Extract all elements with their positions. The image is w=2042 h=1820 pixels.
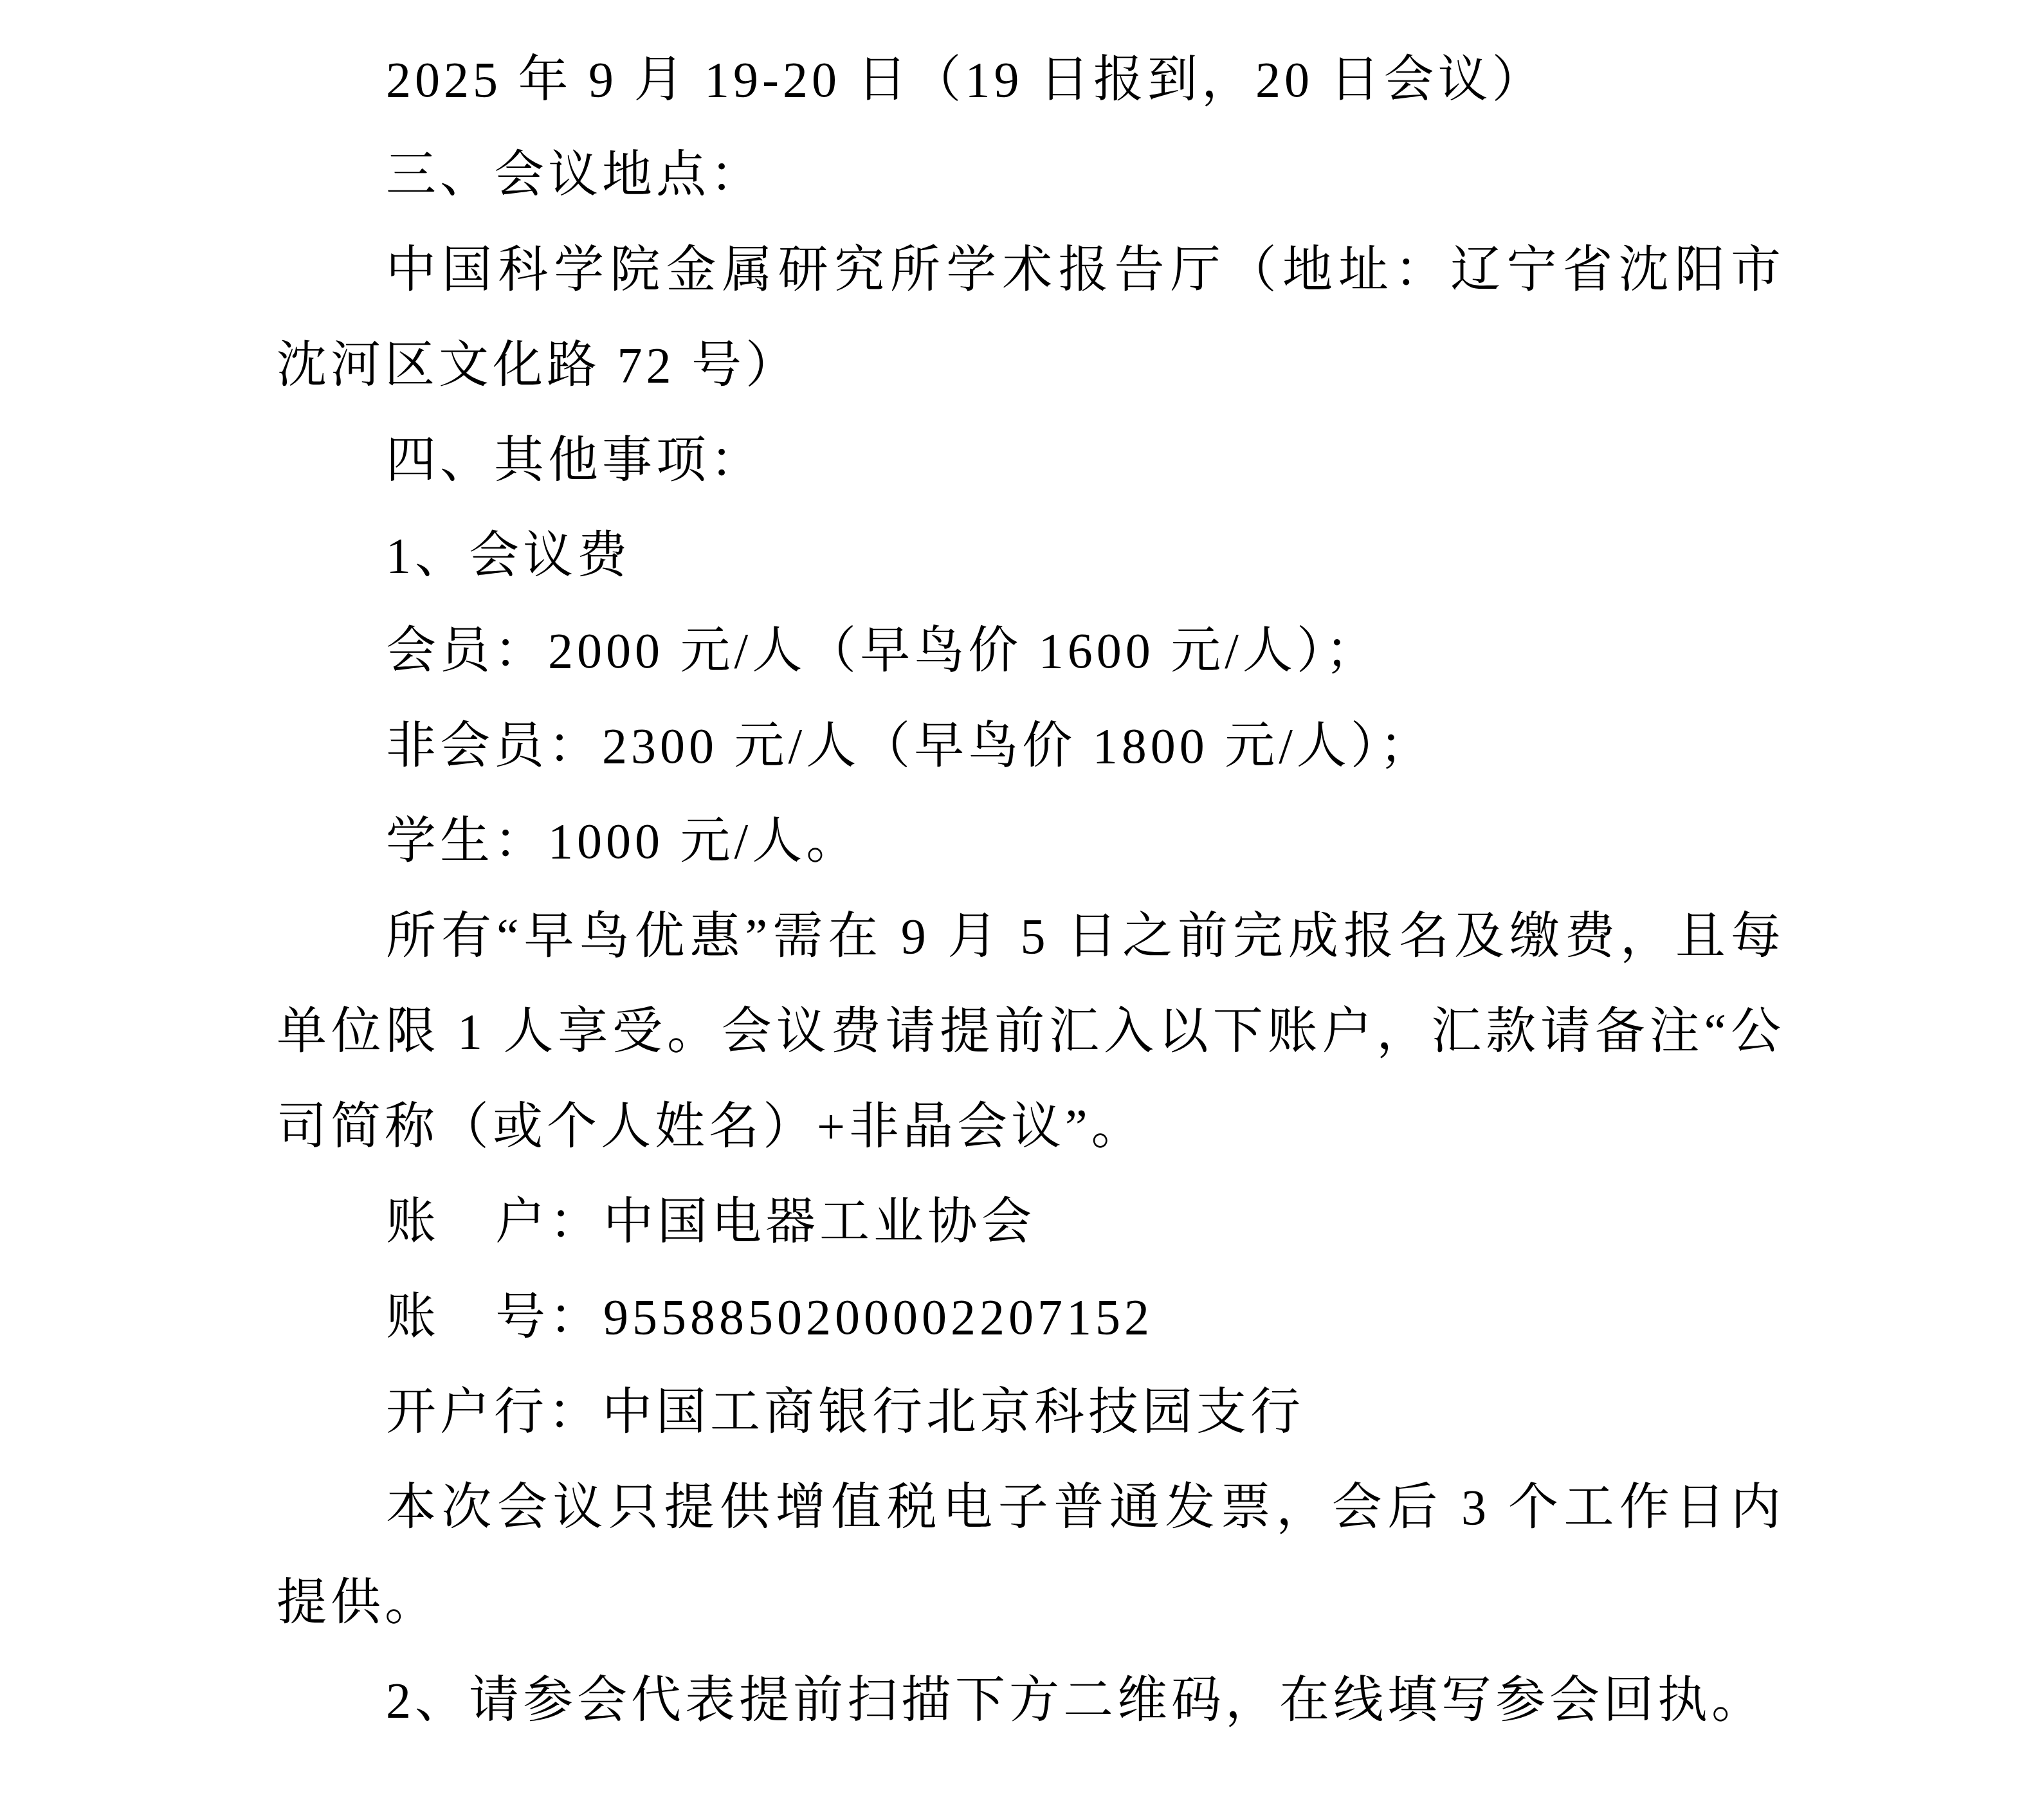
fee-student: 学生：1000 元/人。	[277, 794, 1785, 889]
account-name-label-2: 户：	[495, 1194, 603, 1250]
fee-member: 会员：2000 元/人（早鸟价 1600 元/人）；	[277, 603, 1785, 698]
document-page: 2025 年 9 月 19-20 日（19 日报到，20 日会议） 三、会议地点…	[277, 32, 1785, 1748]
meeting-date: 2025 年 9 月 19-20 日（19 日报到，20 日会议）	[277, 32, 1785, 127]
account-name-value: 中国电器工业协会	[603, 1194, 1035, 1250]
fee-nonmember: 非会员：2300 元/人（早鸟价 1800 元/人）；	[277, 698, 1785, 794]
item-2-registration: 2、请参会代表提前扫描下方二维码，在线填写参会回执。	[277, 1653, 1785, 1748]
early-bird-note: 所有“早鸟优惠”需在 9 月 5 日之前完成报名及缴费，且每单位限 1 人享受。…	[277, 889, 1785, 1174]
item-1-heading: 1、会议费	[277, 508, 1785, 603]
account-number-label-2: 号：	[495, 1289, 603, 1345]
account-number-label-1: 账	[386, 1289, 440, 1345]
section-4-heading: 四、其他事项：	[277, 413, 1785, 508]
account-number-value: 9558850200002207152	[603, 1289, 1153, 1345]
section-3-heading: 三、会议地点：	[277, 127, 1785, 223]
bank-value: 中国工商银行北京科技园支行	[602, 1384, 1304, 1440]
venue-address: 中国科学院金属研究所学术报告厅（地址：辽宁省沈阳市沈河区文化路 72 号）	[277, 223, 1785, 413]
invoice-note: 本次会议只提供增值税电子普通发票，会后 3 个工作日内提供。	[277, 1460, 1785, 1650]
bank-account-name: 账户：中国电器工业协会	[277, 1174, 1785, 1269]
bank-branch: 开户行：中国工商银行北京科技园支行	[277, 1365, 1785, 1460]
bank-label: 开户行：	[386, 1384, 602, 1440]
bank-account-number: 账号：9558850200002207152	[277, 1269, 1785, 1365]
account-name-label-1: 账	[386, 1194, 440, 1250]
